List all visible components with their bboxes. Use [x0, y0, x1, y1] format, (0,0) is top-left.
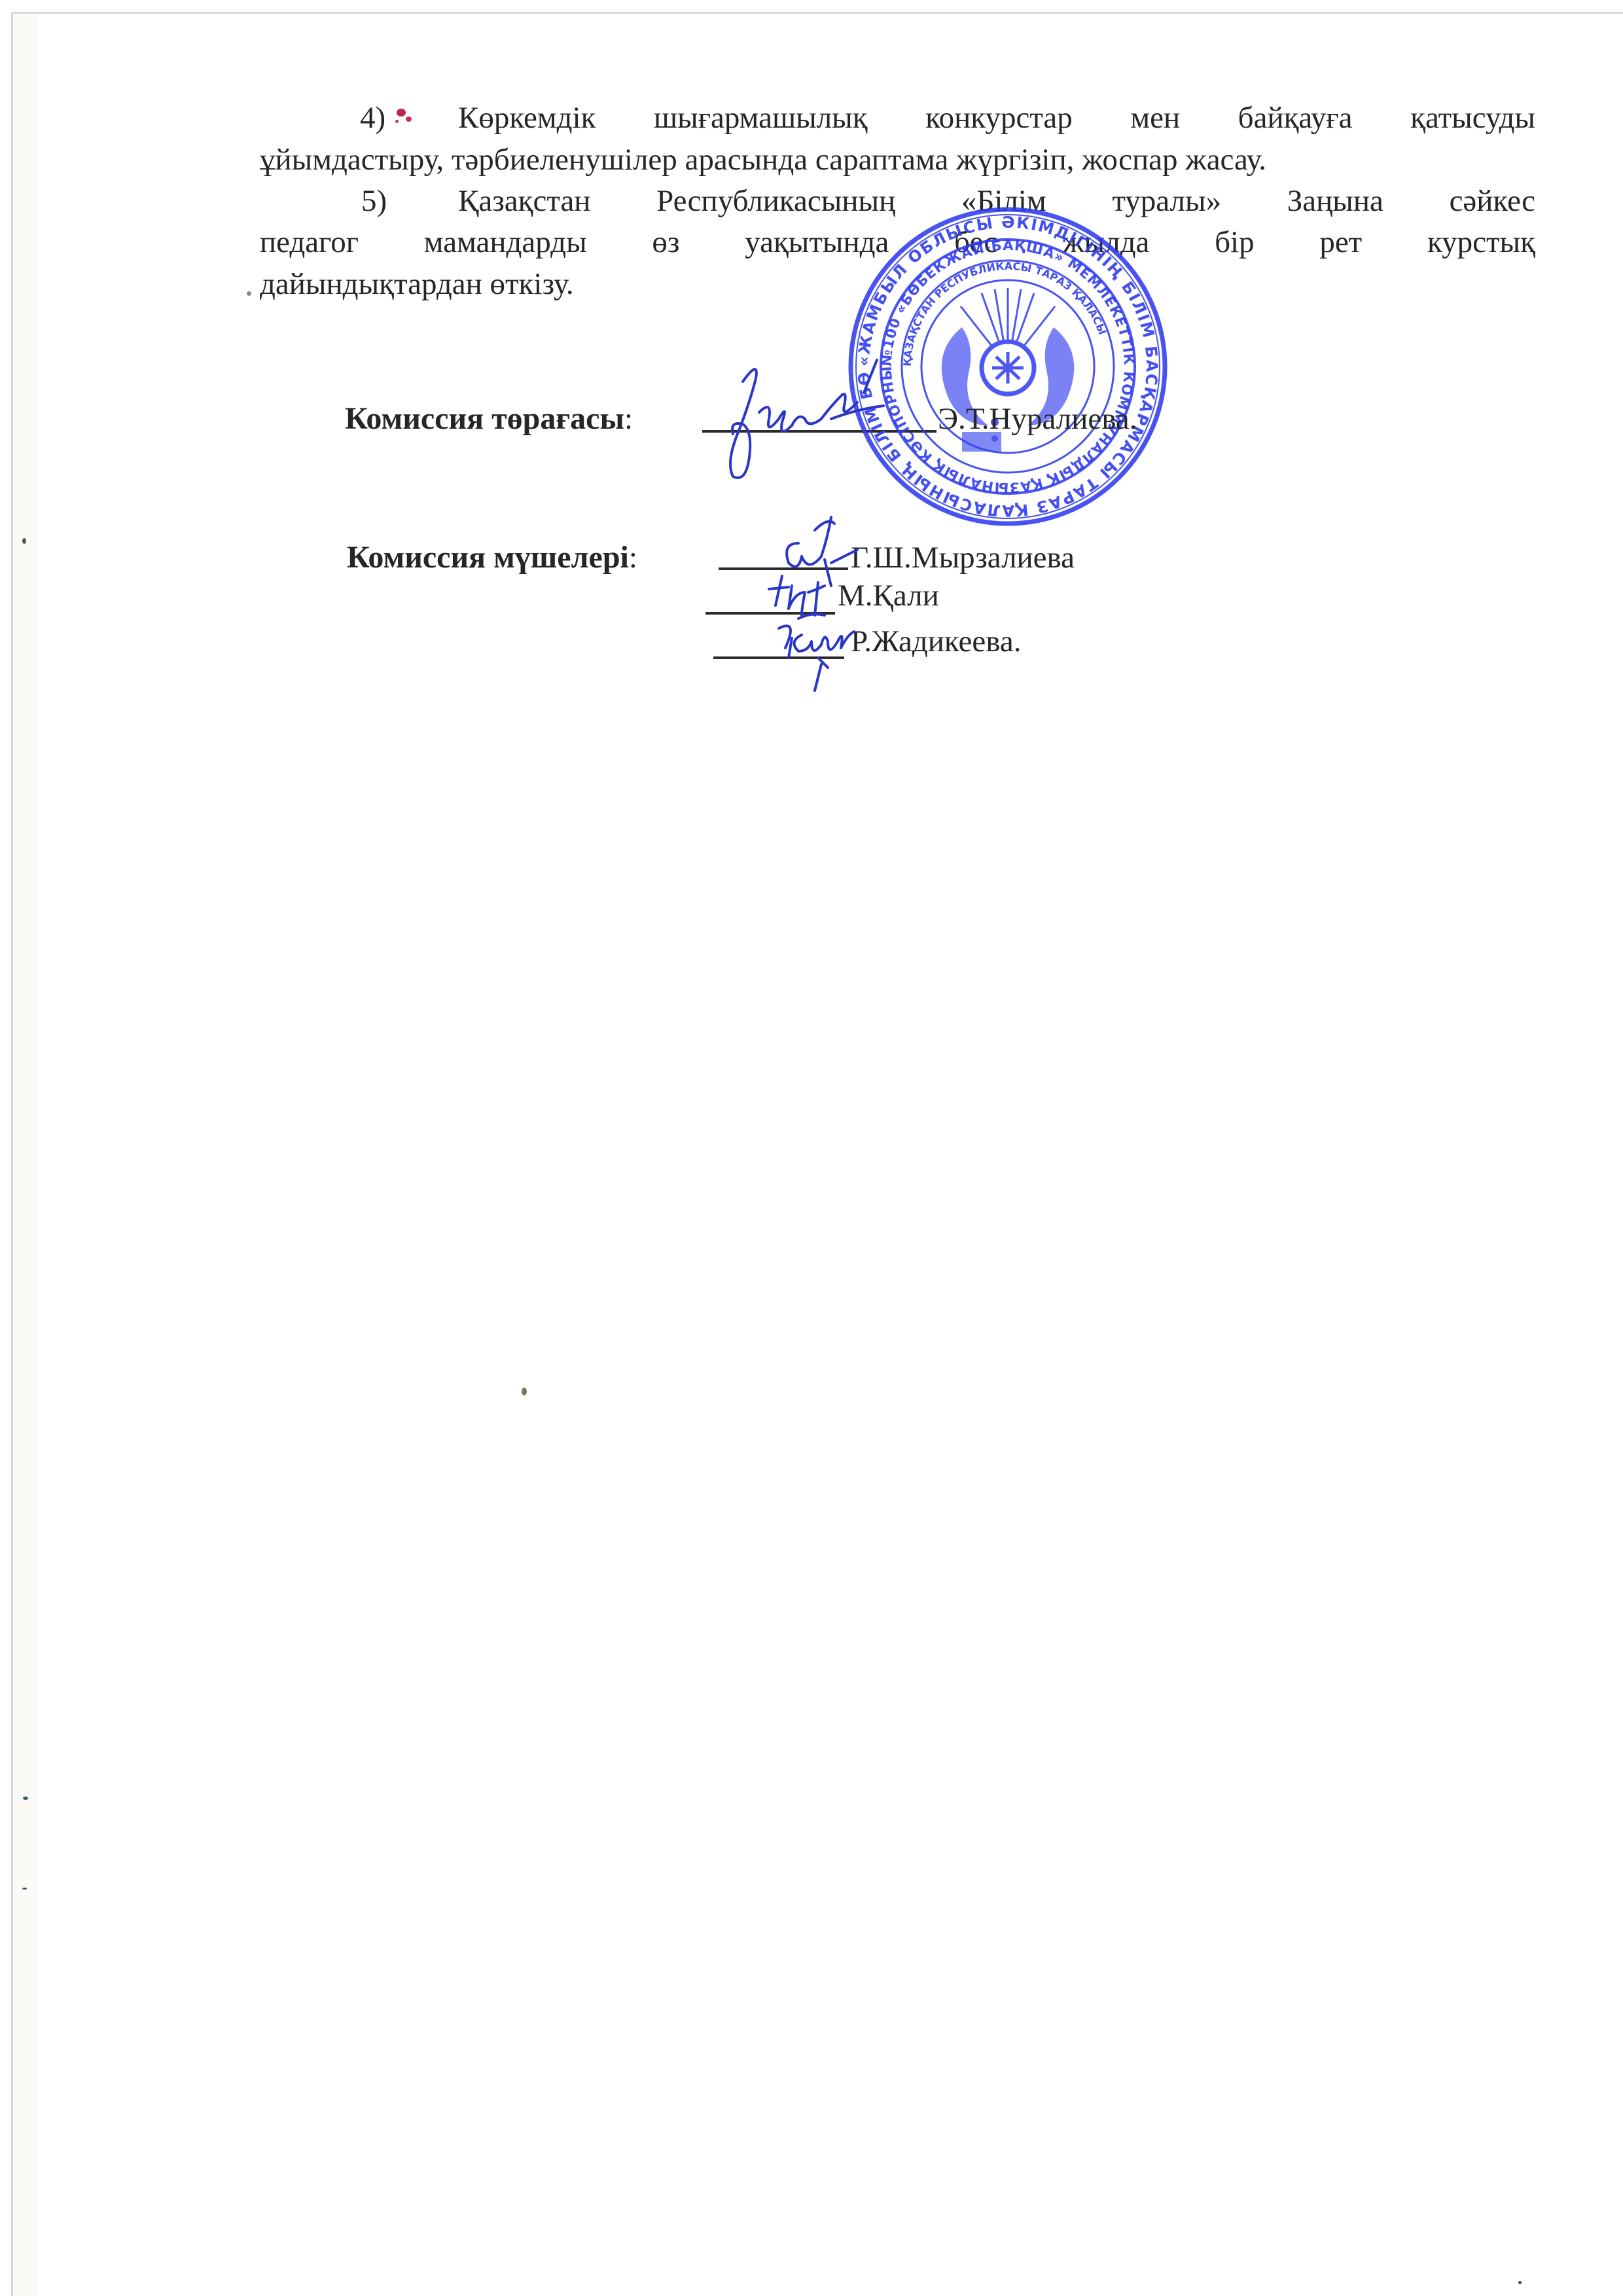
members-label: Комиссия мүшелері [347, 540, 629, 575]
word: жылда [1063, 223, 1149, 262]
member-2-signature-line [705, 612, 835, 615]
scan-speck [22, 1888, 27, 1890]
word: сәйкес [1450, 181, 1535, 221]
member-3-signature-line [713, 656, 844, 659]
word: бір [1215, 223, 1254, 262]
item-4-number: 4) [360, 98, 385, 137]
word: конкурстар [925, 98, 1073, 137]
word: Республикасының [656, 181, 895, 221]
document-page: 4) Көркемдік шығармашылық конкурстар мен… [0, 0, 1623, 2296]
word: мамандарды [424, 223, 587, 262]
item-5-number: 5) [361, 181, 387, 221]
word: педагог [260, 223, 359, 262]
member-2-name: М.Қали [838, 576, 939, 615]
word: мен [1130, 98, 1180, 137]
member-1-name: Г.Ш.Мырзалиева [851, 538, 1075, 577]
members-label-row: Комиссия мүшелері: [347, 538, 637, 577]
member-3-name: Р.Жадикеева. [851, 622, 1021, 661]
chair-colon: : [624, 402, 633, 436]
word: рет [1319, 223, 1362, 262]
word: қатысуды [1410, 98, 1535, 137]
word: туралы» [1112, 181, 1221, 221]
scan-speck [23, 1797, 28, 1800]
scan-speck [1518, 2281, 1522, 2284]
scan-speck [247, 291, 251, 296]
word: Көркемдік [458, 98, 596, 137]
svg-text:ҚАЗАҚСТАН РЕСПУБЛИКАСЫ ТАРАЗ Қ: ҚАЗАҚСТАН РЕСПУБЛИКАСЫ ТАРАЗ ҚАЛАСЫ [901, 260, 1109, 367]
item-5-first-line: Қазақстан Республикасының «Білім туралы»… [458, 181, 1535, 221]
chair-signature-icon [730, 360, 883, 478]
word: Заңына [1287, 181, 1383, 221]
scan-speck [22, 538, 26, 544]
item-5-second-line: педагог мамандарды өз уақытында бес жылд… [260, 223, 1535, 262]
stamp-innermost-text: ҚАЗАҚСТАН РЕСПУБЛИКАСЫ ТАРАЗ ҚАЛАСЫ [901, 260, 1109, 367]
official-stamp: «ЖАМБЫЛ ОБЛЫСЫ ӘКІМДІГІНІҢ БІЛІМ БАСҚАРМ… [0, 0, 1623, 2296]
word: курстық [1427, 223, 1535, 262]
chair-label-row: Комиссия төрағасы: [345, 399, 633, 439]
members-colon: : [629, 541, 637, 575]
word: байқауға [1238, 98, 1353, 137]
chair-label: Комиссия төрағасы [345, 401, 624, 436]
svg-text:№100 «БӨБЕКЖАЙ-БАҚША» МЕМЛЕКЕТ: №100 «БӨБЕКЖАЙ-БАҚША» МЕМЛЕКЕТТІК КОММУН… [879, 238, 1137, 495]
red-ink-blot [395, 120, 399, 123]
item-4-continuation: ұйымдастыру, тәрбиеленушілер арасында са… [260, 140, 1266, 179]
red-ink-blot [406, 117, 412, 122]
word: «Білім [961, 181, 1046, 221]
handwritten-signatures [0, 0, 1623, 2296]
member-1-signature-line [719, 567, 848, 570]
scan-speck [522, 1388, 527, 1395]
word: уақытында [745, 223, 889, 262]
item-5-continuation: дайындықтардан өткізу. [260, 264, 574, 304]
word: өз [652, 223, 679, 262]
word: Қазақстан [458, 181, 590, 221]
word: бес [954, 223, 997, 262]
item-4-first-line: Көркемдік шығармашылық конкурстар мен ба… [458, 98, 1535, 137]
word: шығармашылық [654, 98, 868, 137]
red-ink-blot [397, 109, 406, 117]
chair-name: Э.Т.Нуралиева. [938, 399, 1137, 439]
stamp-inner-text: №100 «БӨБЕКЖАЙ-БАҚША» МЕМЛЕКЕТТІК КОММУН… [879, 238, 1137, 495]
chair-signature-line [702, 430, 936, 433]
